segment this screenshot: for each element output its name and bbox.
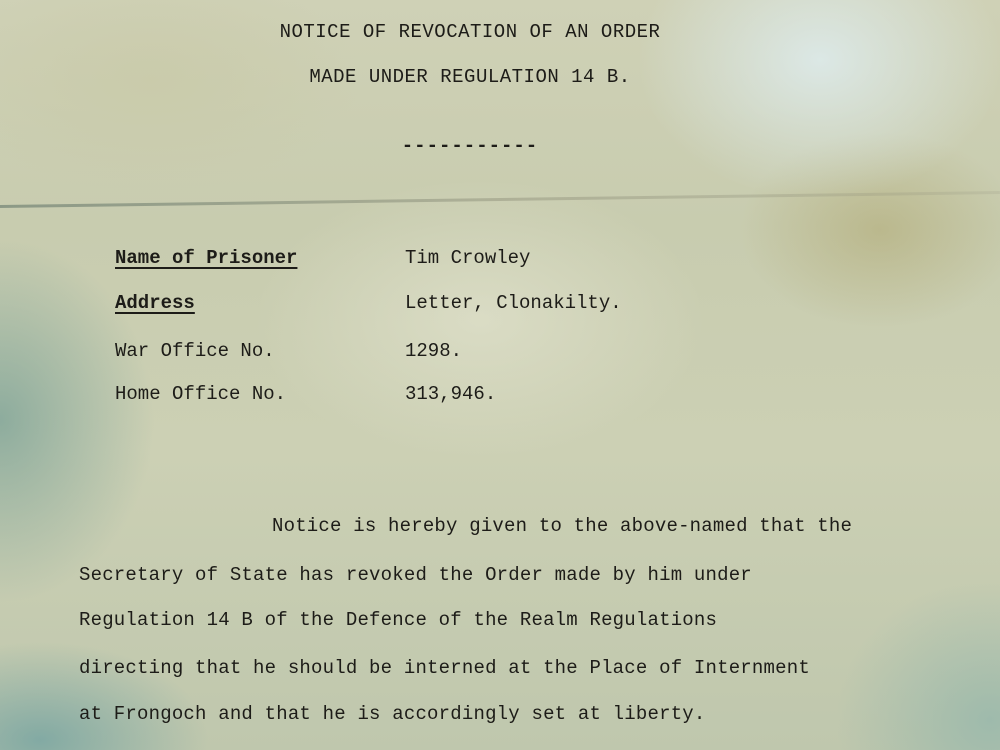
document-title-line-2: MADE UNDER REGULATION 14 B. (0, 66, 940, 88)
field-value: Tim Crowley (405, 247, 530, 269)
paper-background (0, 0, 1000, 750)
body-text-line: Notice is hereby given to the above-name… (272, 515, 852, 537)
field-value: 1298. (405, 340, 462, 362)
field-value: Letter, Clonakilty. (405, 292, 622, 314)
field-value: 313,946. (405, 383, 496, 405)
body-text-line: directing that he should be interned at … (79, 657, 810, 679)
body-text-line: at Frongoch and that he is accordingly s… (79, 703, 706, 725)
field-label: Home Office No. (115, 383, 286, 405)
field-label: War Office No. (115, 340, 275, 362)
document-title-line-1: NOTICE OF REVOCATION OF AN ORDER (0, 21, 940, 43)
body-text-line: Regulation 14 B of the Defence of the Re… (79, 609, 717, 631)
title-separator: ----------- (0, 135, 940, 157)
field-label: Name of Prisoner (115, 247, 297, 269)
body-text-line: Secretary of State has revoked the Order… (79, 564, 752, 586)
field-label: Address (115, 292, 195, 314)
